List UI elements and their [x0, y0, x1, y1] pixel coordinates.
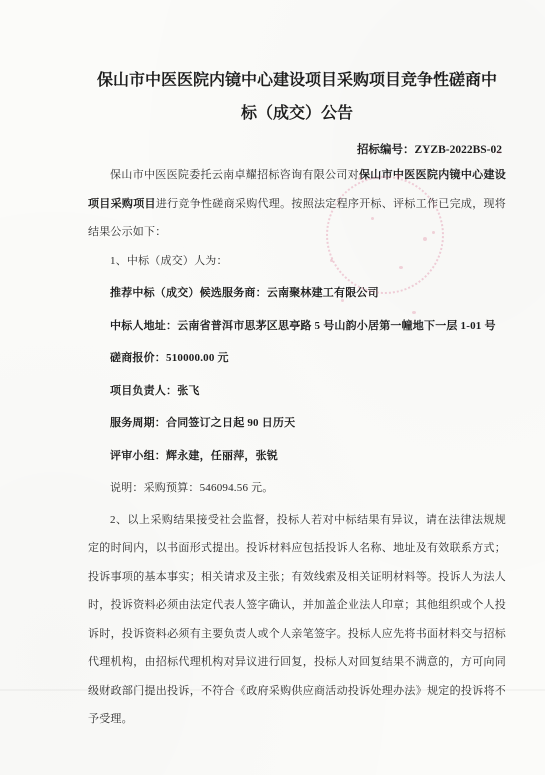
document-title: 保山市中医医院内镜中心建设项目采购项目竞争性磋商中标（成交）公告: [94, 64, 500, 130]
award-address-line: 中标人地址：云南省普洱市思茅区思亭路 5 号山韵小居第一幢地下一层 1-01 号: [88, 312, 506, 341]
bid-number: 招标编号：ZYZB-2022BS-02: [88, 142, 506, 158]
award-committee-line: 评审小组：辉永建，任丽萍，张锐: [88, 442, 506, 471]
stamp-speck: [399, 266, 403, 269]
stamp-speck: [330, 259, 333, 262]
award-price-line: 磋商报价：510000.00 元: [88, 344, 506, 373]
award-supplier-line: 推荐中标（成交）候选服务商：云南聚林建工有限公司: [88, 279, 506, 308]
award-manager-line: 项目负责人：张飞: [88, 377, 506, 406]
document-content: 保山市中医医院内镜中心建设项目采购项目竞争性磋商中标（成交）公告 招标编号：ZY…: [88, 0, 506, 734]
supervision-paragraph: 2、以上采购结果接受社会监督，投标人若对中标结果有异议，请在法律法规规定的时间内…: [88, 506, 506, 734]
stamp-speck: [396, 174, 401, 177]
scan-artifact-streak: [0, 689, 545, 691]
stamp-speck: [497, 151, 501, 154]
budget-note-line: 说明：采购预算：546094.56 元。: [88, 474, 506, 503]
stamp-speck: [358, 177, 362, 180]
award-section-heading: 1、中标（成交）人为：: [88, 247, 506, 276]
stamp-speck: [432, 231, 435, 234]
stamp-speck: [341, 299, 344, 302]
stamp-speck: [371, 217, 374, 220]
intro-text-pre: 保山市中医医院委托云南卓耀招标咨询有限公司对: [110, 169, 359, 181]
award-period-line: 服务周期：合同签订之日起 90 日历天: [88, 409, 506, 438]
stamp-speck: [423, 237, 427, 241]
stamp-speck: [412, 311, 416, 314]
scanned-document-page: 保山市中医医院内镜中心建设项目采购项目竞争性磋商中标（成交）公告 招标编号：ZY…: [0, 0, 545, 775]
